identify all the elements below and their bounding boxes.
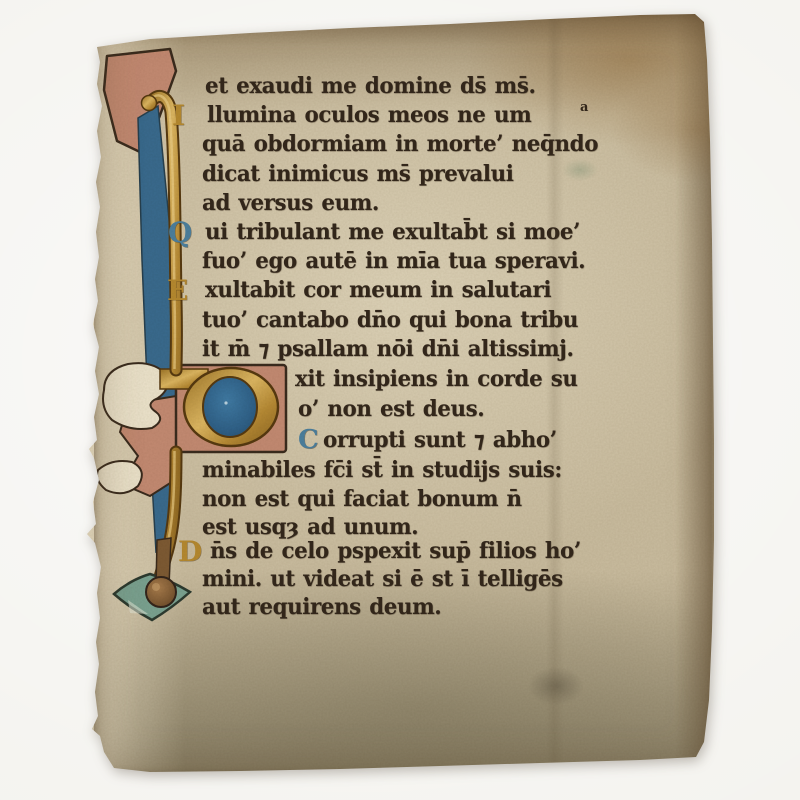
text-line: Corrupti sunt ⁊ abho’	[0, 427, 800, 457]
line-text: it m̄ ⁊ psallam nōi dn̄i altissimj.	[202, 336, 574, 362]
line-text: xultabit cor meum in salutari	[205, 277, 551, 303]
line-versal-initial: D	[178, 538, 202, 566]
line-versal-initial: I	[172, 102, 185, 130]
line-text: fuo’ ego autē in mīa tua speravi.	[202, 248, 585, 274]
line-text: llumina oculos meos ne um	[207, 102, 531, 128]
text-line: aut requirens deum.	[0, 594, 800, 624]
leaf-shadow: et exaudi me domine ds̄ ms̄.Illumina ocu…	[0, 0, 800, 800]
text-line: quā obdormiam in morte’ neq̄ndo	[0, 131, 800, 161]
photo-background: et exaudi me domine ds̄ ms̄.Illumina ocu…	[0, 0, 800, 800]
line-text: orrupti sunt ⁊ abho’	[323, 427, 557, 453]
line-superscript: a	[580, 100, 588, 115]
text-line: non est qui faciat bonum n̄	[0, 486, 800, 516]
text-line: xit insipiens in corde su	[0, 366, 800, 396]
text-line: Exultabit cor meum in salutari	[0, 277, 800, 307]
text-line: it m̄ ⁊ psallam nōi dn̄i altissimj.	[0, 336, 800, 366]
line-text: non est qui faciat bonum n̄	[202, 486, 522, 512]
text-line: fuo’ ego autē in mīa tua speravi.	[0, 248, 800, 278]
line-text: o’ non est deus.	[298, 396, 484, 422]
line-text: xit insipiens in corde su	[295, 366, 578, 392]
line-text: quā obdormiam in morte’ neq̄ndo	[202, 131, 598, 157]
line-versal-initial: E	[167, 277, 188, 305]
text-line: o’ non est deus.	[0, 396, 800, 426]
line-text: et exaudi me domine ds̄ ms̄.	[205, 73, 535, 99]
text-block: et exaudi me domine ds̄ ms̄.Illumina ocu…	[0, 0, 800, 800]
text-line: Dn̄s de celo pspexit sup̄ filios ho’	[0, 538, 800, 568]
text-line: dicat inimicus ms̄ prevalui	[0, 161, 800, 191]
line-text: tuo’ cantabo dn̄o qui bona tribu	[202, 307, 578, 333]
text-line: minabiles fc̄i st̄ in studijs suis:	[0, 457, 800, 487]
line-text: dicat inimicus ms̄ prevalui	[202, 161, 514, 187]
text-line: ad versus eum.	[0, 190, 800, 220]
line-text: est usqȝ ad unum.	[202, 514, 418, 540]
line-text: ad versus eum.	[202, 190, 379, 216]
line-text: n̄s de celo pspexit sup̄ filios ho’	[210, 538, 581, 564]
text-line: tuo’ cantabo dn̄o qui bona tribu	[0, 307, 800, 337]
line-versal-initial: C	[298, 427, 319, 453]
text-line: et exaudi me domine ds̄ ms̄.	[0, 73, 800, 103]
manuscript-leaf: et exaudi me domine ds̄ ms̄.Illumina ocu…	[0, 0, 800, 800]
line-text: ui tribulant me exultab̄t si moe’	[205, 219, 580, 245]
line-versal-initial: Q	[168, 219, 192, 247]
text-line: mini. ut videat si ē st ī telligēs	[0, 566, 800, 596]
text-line: Qui tribulant me exultab̄t si moe’	[0, 219, 800, 249]
text-line: Illumina oculos meos ne uma	[0, 102, 800, 132]
line-text: minabiles fc̄i st̄ in studijs suis:	[202, 457, 562, 483]
line-text: aut requirens deum.	[202, 594, 441, 620]
line-text: mini. ut videat si ē st ī telligēs	[202, 566, 563, 592]
